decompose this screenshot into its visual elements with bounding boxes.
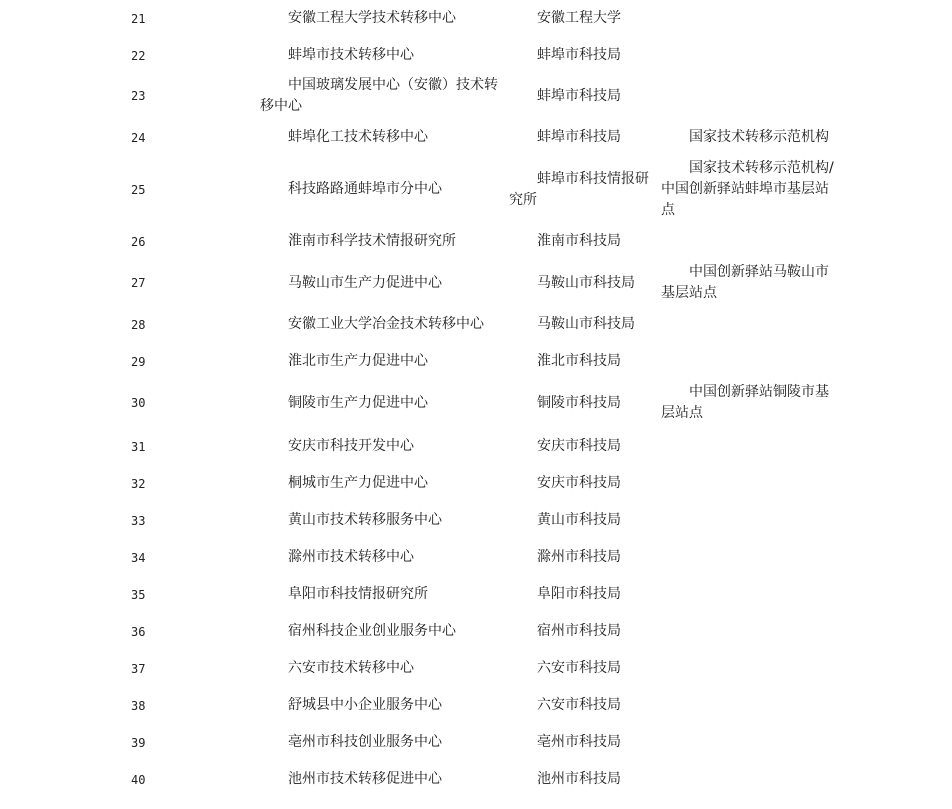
row-number: 31	[131, 440, 145, 454]
supervising-department: 蚌埠市科技情报研究所	[509, 169, 659, 211]
supervising-department: 淮南市科技局	[509, 231, 659, 252]
supervising-department: 滁州市科技局	[509, 547, 659, 568]
institution-name: 舒城县中小企业服务中心	[260, 695, 508, 716]
remark: 中国创新驿站马鞍山市基层站点	[661, 262, 841, 304]
institution-name: 黄山市技术转移服务中心	[260, 510, 508, 531]
institution-name: 六安市技术转移中心	[260, 658, 508, 679]
table-row: 26淮南市科学技术情报研究所淮南市科技局	[0, 231, 952, 252]
institution-name: 滁州市技术转移中心	[260, 547, 508, 568]
table-row: 39亳州市科技创业服务中心亳州市科技局	[0, 732, 952, 753]
row-number: 37	[131, 662, 145, 676]
table-row: 40池州市技术转移促进中心池州市科技局	[0, 769, 952, 790]
row-number: 39	[131, 736, 145, 750]
supervising-department: 宿州市科技局	[509, 621, 659, 642]
supervising-department: 池州市科技局	[509, 769, 659, 790]
supervising-department: 安庆市科技局	[509, 436, 659, 457]
supervising-department: 蚌埠市科技局	[509, 127, 659, 148]
row-number: 21	[131, 12, 145, 26]
institution-name: 蚌埠市技术转移中心	[260, 45, 508, 66]
table-row: 31安庆市科技开发中心安庆市科技局	[0, 436, 952, 457]
institution-name: 淮北市生产力促进中心	[260, 351, 508, 372]
supervising-department: 安庆市科技局	[509, 473, 659, 494]
row-number: 40	[131, 773, 145, 787]
table-row: 22蚌埠市技术转移中心蚌埠市科技局	[0, 45, 952, 66]
row-number: 27	[131, 276, 145, 290]
row-number: 36	[131, 625, 145, 639]
row-number: 35	[131, 588, 145, 602]
supervising-department: 蚌埠市科技局	[509, 86, 659, 107]
institution-name: 安庆市科技开发中心	[260, 436, 508, 457]
table-row: 34滁州市技术转移中心滁州市科技局	[0, 547, 952, 568]
supervising-department: 马鞍山市科技局	[509, 273, 659, 294]
row-number: 24	[131, 131, 145, 145]
table-row: 37六安市技术转移中心六安市科技局	[0, 658, 952, 679]
row-number: 34	[131, 551, 145, 565]
row-number: 29	[131, 355, 145, 369]
table-row: 36宿州科技企业创业服务中心宿州市科技局	[0, 621, 952, 642]
table-row: 32桐城市生产力促进中心安庆市科技局	[0, 473, 952, 494]
table-row: 29淮北市生产力促进中心淮北市科技局	[0, 351, 952, 372]
table-row: 21安徽工程大学技术转移中心安徽工程大学	[0, 8, 952, 29]
institution-name: 安徽工程大学技术转移中心	[260, 8, 508, 29]
table-row: 23中国玻璃发展中心（安徽）技术转移中心蚌埠市科技局	[0, 75, 952, 117]
institution-name: 池州市技术转移促进中心	[260, 769, 508, 790]
institution-name: 铜陵市生产力促进中心	[260, 393, 508, 414]
row-number: 32	[131, 477, 145, 491]
row-number: 25	[131, 183, 145, 197]
institution-name: 马鞍山市生产力促进中心	[260, 273, 508, 294]
supervising-department: 淮北市科技局	[509, 351, 659, 372]
remark: 中国创新驿站铜陵市基层站点	[661, 382, 841, 424]
institution-name: 桐城市生产力促进中心	[260, 473, 508, 494]
institution-name: 淮南市科学技术情报研究所	[260, 231, 508, 252]
table-row: 24蚌埠化工技术转移中心蚌埠市科技局国家技术转移示范机构	[0, 127, 952, 148]
row-number: 22	[131, 49, 145, 63]
table-row: 27马鞍山市生产力促进中心马鞍山市科技局中国创新驿站马鞍山市基层站点	[0, 262, 952, 304]
supervising-department: 黄山市科技局	[509, 510, 659, 531]
supervising-department: 安徽工程大学	[509, 8, 659, 29]
remark: 国家技术转移示范机构	[661, 127, 841, 148]
supervising-department: 铜陵市科技局	[509, 393, 659, 414]
table-row: 28安徽工业大学冶金技术转移中心马鞍山市科技局	[0, 314, 952, 335]
row-number: 23	[131, 89, 145, 103]
institution-name: 阜阳市科技情报研究所	[260, 584, 508, 605]
row-number: 33	[131, 514, 145, 528]
table-row: 30铜陵市生产力促进中心铜陵市科技局中国创新驿站铜陵市基层站点	[0, 382, 952, 424]
institution-name: 亳州市科技创业服务中心	[260, 732, 508, 753]
supervising-department: 亳州市科技局	[509, 732, 659, 753]
supervising-department: 六安市科技局	[509, 658, 659, 679]
institution-name: 科技路路通蚌埠市分中心	[260, 179, 508, 200]
supervising-department: 六安市科技局	[509, 695, 659, 716]
row-number: 38	[131, 699, 145, 713]
institution-name: 安徽工业大学冶金技术转移中心	[260, 314, 508, 335]
institution-name: 宿州科技企业创业服务中心	[260, 621, 508, 642]
table-row: 33黄山市技术转移服务中心黄山市科技局	[0, 510, 952, 531]
remark: 国家技术转移示范机构/中国创新驿站蚌埠市基层站点	[661, 158, 841, 221]
table-row: 25科技路路通蚌埠市分中心蚌埠市科技情报研究所国家技术转移示范机构/中国创新驿站…	[0, 158, 952, 221]
table-row: 35阜阳市科技情报研究所阜阳市科技局	[0, 584, 952, 605]
row-number: 26	[131, 235, 145, 249]
table-row: 38舒城县中小企业服务中心六安市科技局	[0, 695, 952, 716]
supervising-department: 阜阳市科技局	[509, 584, 659, 605]
institution-name: 蚌埠化工技术转移中心	[260, 127, 508, 148]
supervising-department: 蚌埠市科技局	[509, 45, 659, 66]
row-number: 30	[131, 396, 145, 410]
supervising-department: 马鞍山市科技局	[509, 314, 659, 335]
institution-name: 中国玻璃发展中心（安徽）技术转移中心	[260, 75, 508, 117]
row-number: 28	[131, 318, 145, 332]
